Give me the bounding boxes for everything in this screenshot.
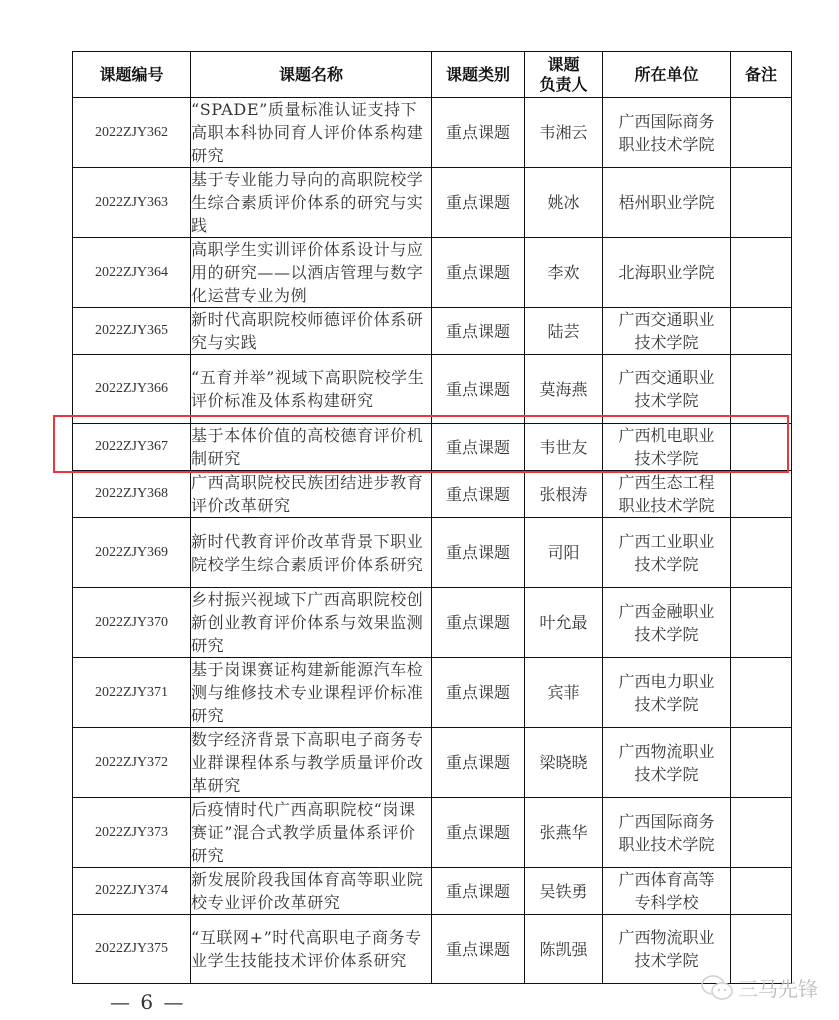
cell-note [731,355,792,424]
cell-code: 2022ZJY375 [73,915,191,984]
cell-code: 2022ZJY371 [73,658,191,728]
cell-title: 后疫情时代广西高职院校“岗课赛证”混合式教学质量体系评价研究 [191,798,432,868]
cell-note [731,728,792,798]
cell-code: 2022ZJY365 [73,308,191,355]
cell-note [731,471,792,518]
header-unit: 所在单位 [603,52,731,98]
cell-code: 2022ZJY374 [73,868,191,915]
header-code: 课题编号 [73,52,191,98]
cell-title: 基于岗课赛证构建新能源汽车检测与维修技术专业课程评价标准研究 [191,658,432,728]
cell-note [731,424,792,471]
table-row: 2022ZJY367基于本体价值的高校德育评价机制研究重点课题韦世友广西机电职业… [73,424,792,471]
table-row: 2022ZJY365新时代高职院校师德评价体系研究与实践重点课题陆芸广西交通职业… [73,308,792,355]
cell-category: 重点课题 [432,518,525,588]
cell-code: 2022ZJY364 [73,238,191,308]
cell-title: 基于本体价值的高校德育评价机制研究 [191,424,432,471]
cell-person: 陆芸 [525,308,603,355]
table-row: 2022ZJY364高职学生实训评价体系设计与应用的研究——以酒店管理与数字化运… [73,238,792,308]
table-row: 2022ZJY375“互联网+”时代高职电子商务专业学生技能技术评价体系研究重点… [73,915,792,984]
cell-category: 重点课题 [432,238,525,308]
table-row: 2022ZJY368广西高职院校民族团结进步教育评价改革研究重点课题张根涛广西生… [73,471,792,518]
cell-code: 2022ZJY373 [73,798,191,868]
cell-person: 吴铁勇 [525,868,603,915]
cell-person: 张根涛 [525,471,603,518]
table-row: 2022ZJY373后疫情时代广西高职院校“岗课赛证”混合式教学质量体系评价研究… [73,798,792,868]
cell-code: 2022ZJY367 [73,424,191,471]
cell-unit: 广西体育高等专科学校 [603,868,731,915]
cell-unit: 广西国际商务职业技术学院 [603,798,731,868]
cell-person: 陈凯强 [525,915,603,984]
header-note: 备注 [731,52,792,98]
cell-unit: 广西国际商务职业技术学院 [603,98,731,168]
cell-note [731,658,792,728]
cell-category: 重点课题 [432,658,525,728]
header-title: 课题名称 [191,52,432,98]
page-number: — 6 — [110,990,185,1014]
cell-person: 李欢 [525,238,603,308]
table-row: 2022ZJY363基于专业能力导向的高职院校学生综合素质评价体系的研究与实践重… [73,168,792,238]
cell-title: “互联网+”时代高职电子商务专业学生技能技术评价体系研究 [191,915,432,984]
cell-title: 高职学生实训评价体系设计与应用的研究——以酒店管理与数字化运营专业为例 [191,238,432,308]
table-body: 2022ZJY362“SPADE”质量标准认证支持下高职本科协同育人评价体系构建… [73,98,792,984]
cell-note [731,518,792,588]
cell-unit: 北海职业学院 [603,238,731,308]
cell-person: 姚冰 [525,168,603,238]
header-person-line1: 课题 [525,55,602,75]
cell-person: 韦世友 [525,424,603,471]
cell-title: 广西高职院校民族团结进步教育评价改革研究 [191,471,432,518]
cell-title: 数字经济背景下高职电子商务专业群课程体系与教学质量评价改革研究 [191,728,432,798]
cell-note [731,238,792,308]
cell-code: 2022ZJY370 [73,588,191,658]
document-page: 课题编号 课题名称 课题类别 课题 负责人 所在单位 备注 2022ZJY362… [0,0,839,1020]
table-row: 2022ZJY374新发展阶段我国体育高等职业院校专业评价改革研究重点课题吴铁勇… [73,868,792,915]
cell-title: 乡村振兴视域下广西高职院校创新创业教育评价体系与效果监测研究 [191,588,432,658]
cell-category: 重点课题 [432,868,525,915]
cell-note [731,98,792,168]
table-header-row: 课题编号 课题名称 课题类别 课题 负责人 所在单位 备注 [73,52,792,98]
cell-code: 2022ZJY362 [73,98,191,168]
cell-code: 2022ZJY366 [73,355,191,424]
header-person-line2: 负责人 [525,75,602,95]
cell-person: 叶允最 [525,588,603,658]
cell-category: 重点课题 [432,424,525,471]
cell-title: 新发展阶段我国体育高等职业院校专业评价改革研究 [191,868,432,915]
cell-note [731,798,792,868]
cell-note [731,588,792,658]
watermark-text: 三马先锋 [738,973,818,1002]
table-row: 2022ZJY362“SPADE”质量标准认证支持下高职本科协同育人评价体系构建… [73,98,792,168]
cell-unit: 广西物流职业技术学院 [603,728,731,798]
table-row: 2022ZJY366“五育并举”视域下高职院校学生评价标准及体系构建研究重点课题… [73,355,792,424]
cell-title: 新时代高职院校师德评价体系研究与实践 [191,308,432,355]
cell-code: 2022ZJY363 [73,168,191,238]
cell-unit: 广西交通职业技术学院 [603,308,731,355]
cell-title: 基于专业能力导向的高职院校学生综合素质评价体系的研究与实践 [191,168,432,238]
cell-title: “SPADE”质量标准认证支持下高职本科协同育人评价体系构建研究 [191,98,432,168]
cell-person: 宾菲 [525,658,603,728]
cell-unit: 广西机电职业技术学院 [603,424,731,471]
cell-code: 2022ZJY369 [73,518,191,588]
table-row: 2022ZJY370乡村振兴视域下广西高职院校创新创业教育评价体系与效果监测研究… [73,588,792,658]
cell-unit: 梧州职业学院 [603,168,731,238]
cell-category: 重点课题 [432,588,525,658]
cell-code: 2022ZJY368 [73,471,191,518]
cell-unit: 广西生态工程职业技术学院 [603,471,731,518]
cell-category: 重点课题 [432,471,525,518]
wechat-icon [700,974,734,1002]
table-row: 2022ZJY372数字经济背景下高职电子商务专业群课程体系与教学质量评价改革研… [73,728,792,798]
cell-code: 2022ZJY372 [73,728,191,798]
cell-title: “五育并举”视域下高职院校学生评价标准及体系构建研究 [191,355,432,424]
cell-note [731,308,792,355]
table-row: 2022ZJY369新时代教育评价改革背景下职业院校学生综合素质评价体系研究重点… [73,518,792,588]
cell-category: 重点课题 [432,308,525,355]
cell-category: 重点课题 [432,355,525,424]
cell-title: 新时代教育评价改革背景下职业院校学生综合素质评价体系研究 [191,518,432,588]
cell-person: 司阳 [525,518,603,588]
watermark: 三马先锋 [700,973,818,1002]
cell-category: 重点课题 [432,915,525,984]
cell-note [731,168,792,238]
cell-unit: 广西工业职业技术学院 [603,518,731,588]
table-row: 2022ZJY371基于岗课赛证构建新能源汽车检测与维修技术专业课程评价标准研究… [73,658,792,728]
cell-category: 重点课题 [432,98,525,168]
header-person: 课题 负责人 [525,52,603,98]
cell-unit: 广西交通职业技术学院 [603,355,731,424]
cell-note [731,868,792,915]
cell-unit: 广西电力职业技术学院 [603,658,731,728]
cell-person: 梁晓晓 [525,728,603,798]
cell-category: 重点课题 [432,168,525,238]
cell-category: 重点课题 [432,798,525,868]
project-table: 课题编号 课题名称 课题类别 课题 负责人 所在单位 备注 2022ZJY362… [72,51,792,984]
header-category: 课题类别 [432,52,525,98]
cell-person: 张燕华 [525,798,603,868]
cell-unit: 广西金融职业技术学院 [603,588,731,658]
cell-person: 韦湘云 [525,98,603,168]
cell-category: 重点课题 [432,728,525,798]
cell-person: 莫海燕 [525,355,603,424]
